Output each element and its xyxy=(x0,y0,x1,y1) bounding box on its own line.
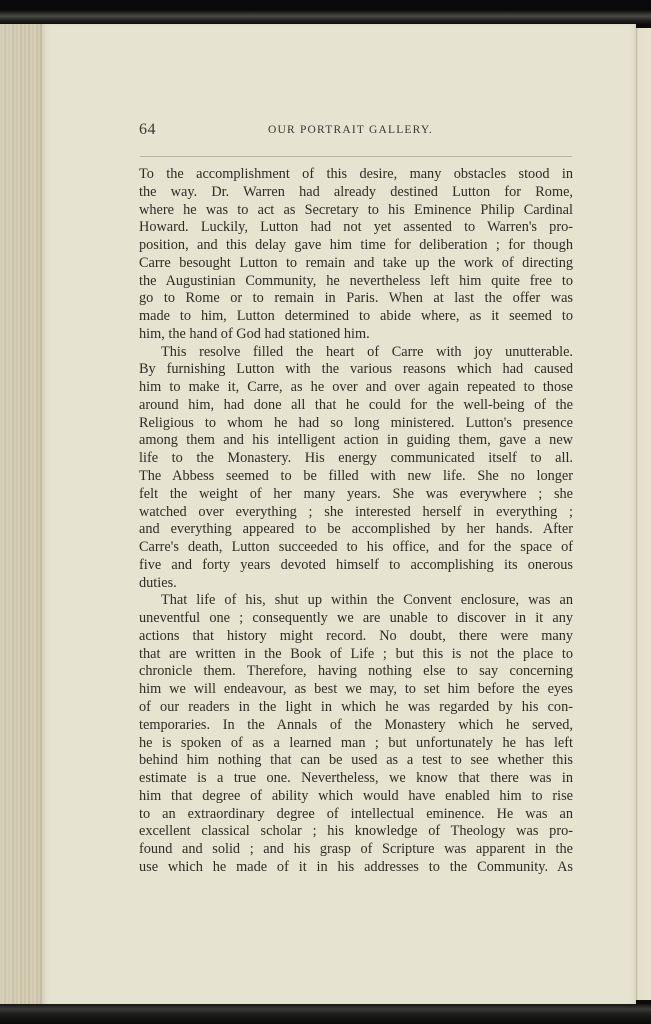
text-line: found and solid ; and his grasp of Scrip… xyxy=(139,841,573,859)
text-line: go to Rome or to remain in Paris. When a… xyxy=(139,290,573,308)
text-line: around him, had done all that he could f… xyxy=(139,397,573,415)
text-line: By furnishing Lutton with the various re… xyxy=(139,361,573,379)
text-line: the way. Dr. Warren had already destined… xyxy=(139,184,573,202)
text-line: Carre's death, Lutton succeeded to his o… xyxy=(139,539,573,557)
text-line: of our readers in the light in which he … xyxy=(139,699,573,717)
text-line: felt the weight of her many years. She w… xyxy=(139,486,573,504)
next-page-edge xyxy=(636,28,651,1000)
text-line: That life of his, shut up within the Con… xyxy=(139,592,573,610)
text-line: that are written in the Book of Life ; b… xyxy=(139,646,573,664)
text-line: actions that history might record. No do… xyxy=(139,628,573,646)
text-line: and everything appeared to be accomplish… xyxy=(139,521,573,539)
text-line: him, the hand of God had stationed him. xyxy=(139,326,573,344)
text-line: five and forty years devoted himself to … xyxy=(139,557,573,575)
text-line: he is spoken of as a learned man ; but u… xyxy=(139,735,573,753)
text-line: Howard. Luckily, Lutton had not yet asse… xyxy=(139,219,573,237)
text-line: him that degree of ability which would h… xyxy=(139,788,573,806)
text-line: among them and his intelligent action in… xyxy=(139,432,573,450)
text-line: where he was to act as Secretary to his … xyxy=(139,202,573,220)
text-line: position, and this delay gave him time f… xyxy=(139,237,573,255)
text-line: him to make it, Carre, as he over and ov… xyxy=(139,379,573,397)
scan-background-top xyxy=(0,0,651,24)
page-number: 64 xyxy=(139,121,156,139)
text-line: This resolve filled the heart of Carre w… xyxy=(139,344,573,362)
text-line: the Augustinian Community, he neverthele… xyxy=(139,273,573,291)
header-rule xyxy=(140,156,572,157)
text-line: him we will endeavour, as best we may, t… xyxy=(139,681,573,699)
text-line: duties. xyxy=(139,575,573,593)
text-line: uneventful one ; consequently we are una… xyxy=(139,610,573,628)
text-line: excellent classical scholar ; his knowle… xyxy=(139,823,573,841)
text-line: Carre besought Lutton to remain and take… xyxy=(139,255,573,273)
text-line: watched over everything ; she interested… xyxy=(139,504,573,522)
text-line: to an extraordinary degree of intellectu… xyxy=(139,806,573,824)
text-line: chronicle them. Therefore, having nothin… xyxy=(139,663,573,681)
page-edges-left xyxy=(0,24,42,1004)
text-line: To the accomplishment of this desire, ma… xyxy=(139,166,573,184)
scan-background-bottom xyxy=(0,1004,651,1024)
text-line: life to the Monastery. His energy commun… xyxy=(139,450,573,468)
text-line: made to him, Lutton determined to abide … xyxy=(139,308,573,326)
text-line: behind him nothing that can be used as a… xyxy=(139,752,573,770)
text-line: The Abbess seemed to be filled with new … xyxy=(139,468,573,486)
text-line: temporaries. In the Annals of the Monast… xyxy=(139,717,573,735)
text-line: Religious to whom he had so long ministe… xyxy=(139,415,573,433)
running-head-title: OUR PORTRAIT GALLERY. xyxy=(268,124,448,136)
text-line: use which he made of it in his addresses… xyxy=(139,859,573,877)
text-line: estimate is a true one. Nevertheless, we… xyxy=(139,770,573,788)
body-text: To the accomplishment of this desire, ma… xyxy=(139,166,573,877)
